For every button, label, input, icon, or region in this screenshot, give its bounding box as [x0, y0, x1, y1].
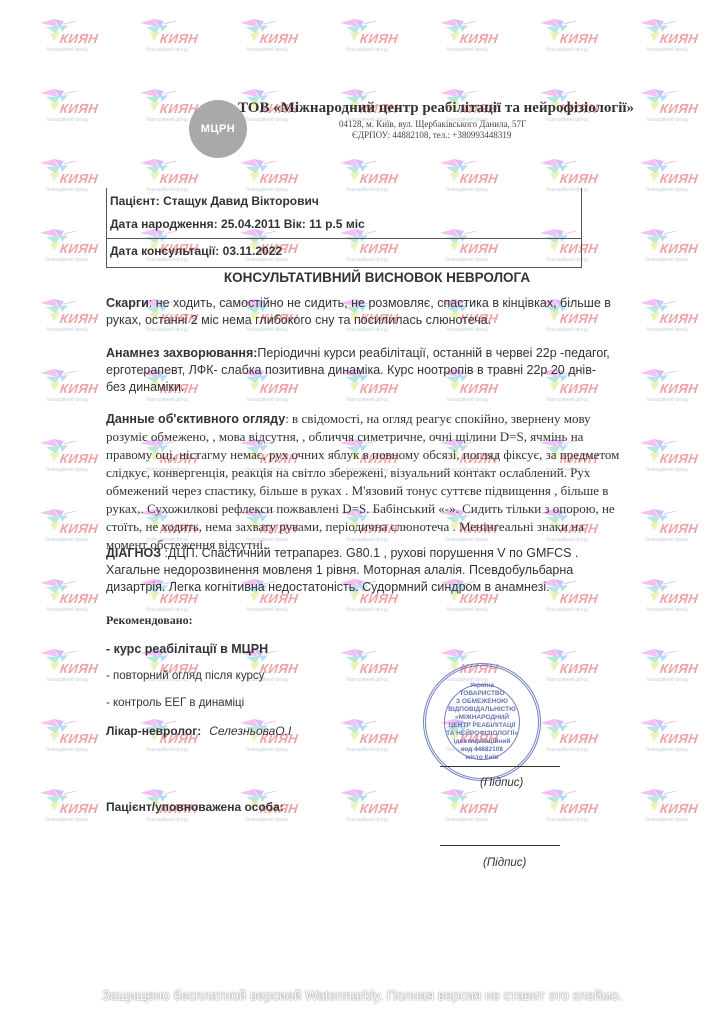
doctor-signature-line	[440, 766, 560, 767]
complaints-text: : не ходить, самостійно не сидить, не ро…	[106, 296, 611, 327]
exam-section: Данные об'єктивного огляду: в свідомості…	[106, 410, 626, 554]
stamp-line: ТОВАРИСТВО	[445, 690, 519, 698]
exam-label: Данные об'єктивного огляду	[106, 412, 285, 426]
stamp-line: місто Київ	[445, 754, 519, 762]
dob-label: Дата народження:	[110, 217, 218, 231]
anamnesis-label: Анамнез захворювання:	[106, 346, 257, 360]
patient-signature-line	[440, 845, 560, 846]
patient-dob-line: Дата народження: 25.04.2011 Вік: 11 р.5 …	[110, 217, 365, 231]
stamp-line: Україна	[445, 682, 519, 690]
box-divider	[107, 238, 581, 239]
complaints-section: Скарги: не ходить, самостійно не сидить,…	[106, 295, 616, 329]
stamp-text: УкраїнаТОВАРИСТВОЗ ОБМЕЖЕНОЮВІДПОВІДАЛЬН…	[444, 684, 520, 760]
consultation-date-label: Дата консультації:	[110, 244, 219, 258]
doctor-line: Лікар-невролог:СелезньоваО.І	[106, 724, 291, 738]
stamp-line: ТА НЕЙРОФІЗІОЛОГІЇ»	[445, 730, 519, 738]
age-label: Вік:	[284, 217, 306, 231]
document-title: КОНСУЛЬТАТИВНИЙ ВИСНОВОК НЕВРОЛОГА	[0, 270, 724, 285]
patient-name: Стащук Давид Вікторович	[163, 194, 319, 208]
diagnosis-label: ДІАГНОЗ	[106, 546, 161, 560]
consultation-document: МЦРН ТОВ «Міжнародний центр реабілітації…	[0, 0, 724, 1024]
stamp-line: ВІДПОВІДАЛЬНІСТЮ	[445, 706, 519, 714]
consultation-date-line: Дата консультації: 03.11.2022	[110, 244, 282, 258]
organization-stamp: УкраїнаТОВАРИСТВОЗ ОБМЕЖЕНОЮВІДПОВІДАЛЬН…	[423, 663, 541, 781]
complaints-label: Скарги	[106, 296, 149, 310]
diagnosis-section: ДІАГНОЗ :ДЦП. Спастичний тетрапарез. G80…	[106, 545, 616, 596]
dob-value: 25.04.2011	[221, 217, 280, 231]
patient-info-box: Пацієнт: Стащук Давид Вікторович Дата на…	[106, 188, 582, 268]
recommendation-item: - повторний огляд після курсу	[106, 670, 264, 682]
patient-name-line: Пацієнт: Стащук Давид Вікторович	[110, 194, 319, 208]
watermark-notice: Защищено бесплатной версией Watermarkly.…	[0, 988, 724, 1003]
organization-address: 04128, м. Київ, вул. Щербаківського Дани…	[339, 119, 526, 129]
stamp-line: ідентифікаційний	[445, 738, 519, 746]
recommendation-item: - курс реабілітації в МЦРН	[106, 642, 268, 656]
recommendations-heading: Рекомендовано:	[106, 613, 193, 628]
anamnesis-section: Анамнез захворювання:Періодичні курси ре…	[106, 345, 616, 396]
organization-registry: ЄДРПОУ: 44882108, тел.: +380993448319	[352, 130, 511, 140]
age-value: 11 р.5 міс	[309, 217, 365, 231]
exam-text: : в свідомості, на огляд реагує спокійно…	[106, 411, 619, 552]
doctor-label: Лікар-невролог:	[106, 724, 201, 738]
doctor-name: СелезньоваО.І	[209, 724, 291, 738]
patient-signature-label: (Підпис)	[483, 857, 526, 869]
consultation-date: 03.11.2022	[223, 244, 282, 258]
recommendation-item: - контроль ЕЕГ в динаміці	[106, 697, 244, 709]
patient-name-label: Пацієнт:	[110, 194, 160, 208]
authorized-person-label: Пацієнт/уповноважена особа:	[106, 800, 284, 814]
diagnosis-text: :ДЦП. Спастичний тетрапарез. G80.1 , рух…	[106, 546, 578, 594]
logo-text: МЦРН	[201, 123, 235, 135]
doctor-signature-label: (Підпис)	[480, 777, 523, 789]
organization-name: ТОВ «Міжнародний центр реабілітації та н…	[238, 100, 634, 117]
stamp-line: код 44882108	[445, 746, 519, 754]
stamp-line: «МІЖНАРОДНИЙ	[445, 714, 519, 722]
stamp-line: ЦЕНТР РЕАБІЛІТАЦІЇ	[445, 722, 519, 730]
stamp-line: З ОБМЕЖЕНОЮ	[445, 698, 519, 706]
